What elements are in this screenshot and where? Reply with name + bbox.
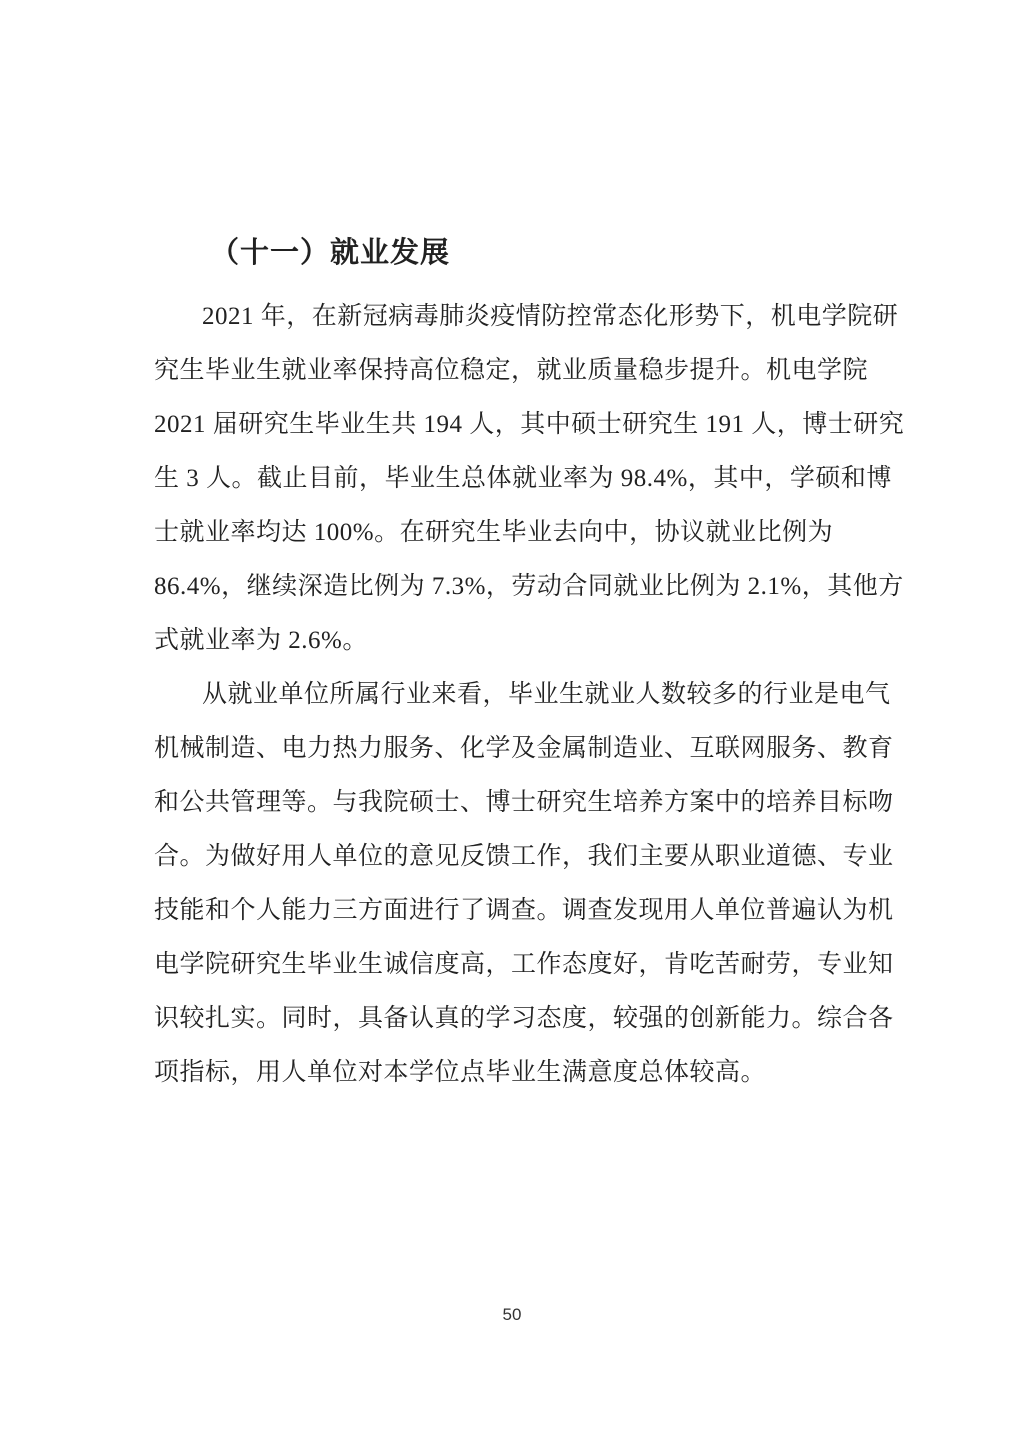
body-paragraphs: 2021 年，在新冠病毒肺炎疫情防控常态化形势下，机电学院研究生毕业生就业率保持… xyxy=(154,290,894,1100)
text-line: 识较扎实。同时，具备认真的学习态度，较强的创新能力。综合各 xyxy=(154,992,894,1046)
text-line: 士就业率均达 100%。在研究生毕业去向中，协议就业比例为 xyxy=(154,506,894,560)
text-line: 电学院研究生毕业生诚信度高，工作态度好，肯吃苦耐劳，专业知 xyxy=(154,938,894,992)
text-line: 生 3 人。截止目前，毕业生总体就业率为 98.4%，其中，学硕和博 xyxy=(154,452,894,506)
text-line: 合。为做好用人单位的意见反馈工作，我们主要从职业道德、专业 xyxy=(154,830,894,884)
text-line: 式就业率为 2.6%。 xyxy=(154,614,894,668)
text-line: 2021 届研究生毕业生共 194 人，其中硕士研究生 191 人，博士研究 xyxy=(154,398,894,452)
paragraph: 从就业单位所属行业来看，毕业生就业人数较多的行业是电气机械制造、电力热力服务、化… xyxy=(154,668,894,1100)
text-line: 和公共管理等。与我院硕士、博士研究生培养方案中的培养目标吻 xyxy=(154,776,894,830)
text-line: 从就业单位所属行业来看，毕业生就业人数较多的行业是电气 xyxy=(154,668,894,722)
text-line: 86.4%，继续深造比例为 7.3%，劳动合同就业比例为 2.1%，其他方 xyxy=(154,560,894,614)
section-heading: （十一）就业发展 xyxy=(210,234,894,272)
document-page: （十一）就业发展 2021 年，在新冠病毒肺炎疫情防控常态化形势下，机电学院研究… xyxy=(0,0,1024,1448)
paragraph: 2021 年，在新冠病毒肺炎疫情防控常态化形势下，机电学院研究生毕业生就业率保持… xyxy=(154,290,894,668)
page-content: （十一）就业发展 2021 年，在新冠病毒肺炎疫情防控常态化形势下，机电学院研究… xyxy=(154,234,894,1100)
text-line: 技能和个人能力三方面进行了调查。调查发现用人单位普遍认为机 xyxy=(154,884,894,938)
text-line: 项指标，用人单位对本学位点毕业生满意度总体较高。 xyxy=(154,1046,894,1100)
text-line: 机械制造、电力热力服务、化学及金属制造业、互联网服务、教育 xyxy=(154,722,894,776)
text-line: 2021 年，在新冠病毒肺炎疫情防控常态化形势下，机电学院研 xyxy=(154,290,894,344)
page-number: 50 xyxy=(0,1305,1024,1325)
text-line: 究生毕业生就业率保持高位稳定，就业质量稳步提升。机电学院 xyxy=(154,344,894,398)
